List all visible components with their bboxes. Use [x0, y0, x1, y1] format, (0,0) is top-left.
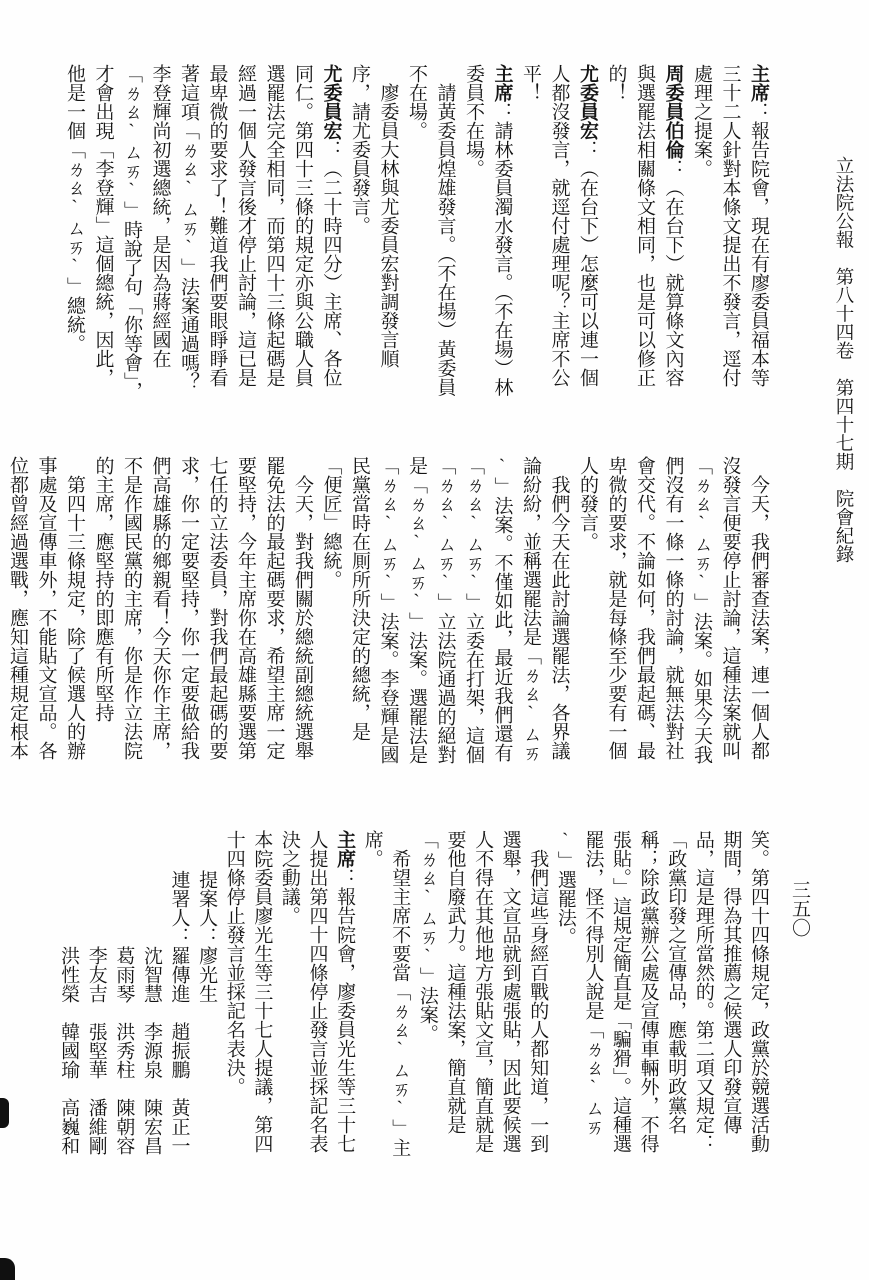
paragraph: 我們這些身經百戰的人都知道，一到選舉，文宣品就到處張貼，因此要候選人不得在其他地… — [413, 830, 551, 1164]
paragraph: 笑。第四十四條規定，政黨於競選活動期間，得為其推薦之候選人印發宣傳品，這是理所當… — [551, 830, 772, 1164]
speaker-name: 尤委員宏 — [577, 64, 598, 140]
speech-paragraph: 尤委員宏：（在台下）怎麼可以連一個人都沒發言，就逕付處理呢？主席不公平！ — [516, 64, 602, 404]
signatory-line: 洪性榮 韓國瑜 高巍和 — [55, 830, 83, 1164]
speaker-name: 主席 — [492, 64, 513, 102]
speech-paragraph: 周委員伯倫：（在台下）就算條文內容與選罷法相關條文相同，也是可以修正的！ — [601, 64, 687, 404]
speech-paragraph: 主席：報告院會，現在有廖委員福本等三十二人針對本條文提出不發言，逕付處理之提案。 — [687, 64, 773, 404]
paragraph: 我們今天在此討論選罷法，各界議論紛紛，並稱選罷法是「ㄌㄠˋㄙㄞˋ」法案。不僅如此… — [316, 456, 573, 778]
signatory-line: 連署人：羅傳進 趙振鵬 黃正一 — [165, 830, 193, 1164]
masthead-title: 立法院公報 第八十四卷 第四十七期 院會紀錄 — [828, 156, 858, 596]
page-number: 三五〇 — [784, 880, 814, 1000]
paragraph: 今天，我們審查法案，連一個人都沒發言便要停止討論，這種法案就叫「ㄌㄠˋㄙㄞˋ」法… — [573, 456, 773, 778]
paragraph: 本院委員廖光生等三十七人提議，第四十四條停止發言並採記名表決。 — [220, 830, 275, 1164]
gazette-page: 立法院公報 第八十四卷 第四十七期 院會紀錄 三五〇 主席：報告院會，現在有廖委… — [0, 0, 869, 1280]
signatory-line: 提案人：廖光生 — [193, 830, 221, 1164]
paragraph: 第四十三條規定，除了候選人的辦事處及宣傳車外，不能貼文宣品。各位都曾經過選戰，應… — [0, 456, 88, 778]
speaker-name: 主席 — [748, 64, 769, 102]
scan-artifact — [0, 1098, 9, 1128]
signatory-line: 李友吉 張堅華 潘維剛 — [82, 830, 110, 1164]
paragraph: 廖委員大林與尤委員宏對調發言順序，請尤委員發言。 — [345, 64, 402, 404]
text-band-bottom: 笑。第四十四條規定，政黨於競選活動期間，得為其推薦之候選人印發宣傳品，這是理所當… — [50, 830, 772, 1164]
speaker-name: 周委員伯倫 — [663, 64, 684, 159]
speech-paragraph: 尤委員宏：（二十時四分）主席、各位同仁。第四十三條的規定亦與公職人員選罷法完全相… — [60, 64, 345, 404]
paragraph: 請黃委員煌雄發言。（不在場）黃委員不在場。 — [402, 64, 459, 404]
speaker-name: 尤委員宏 — [321, 64, 342, 140]
signatory-line: 葛雨琴 洪秀柱 陳朝容 — [110, 830, 138, 1164]
speaker-name: 主席 — [334, 830, 355, 868]
paragraph: 今天，對我們關於總統副總統選舉罷免法的最起碼要求，希望主席一定要堅持，今年主席你… — [88, 456, 316, 778]
scan-artifact — [0, 1258, 15, 1280]
text-band-middle: 今天，我們審查法案，連一個人都沒發言便要停止討論，這種法案就叫「ㄌㄠˋㄙㄞˋ」法… — [50, 456, 772, 778]
signatory-line: 沈智慧 李源泉 陳宏昌 — [137, 830, 165, 1164]
paragraph: 希望主席不要當「ㄌㄠˋㄙㄞˋ」主席。 — [358, 830, 413, 1164]
text-band-top: 主席：報告院會，現在有廖委員福本等三十二人針對本條文提出不發言，逕付處理之提案。… — [50, 64, 772, 404]
speech-paragraph: 主席：請林委員濁水發言。（不在場）林委員不在場。 — [459, 64, 516, 404]
speech-paragraph: 主席：報告院會，廖委員光生等三十七人提出第四十四條停止發言並採記名表決之動議。 — [275, 830, 358, 1164]
